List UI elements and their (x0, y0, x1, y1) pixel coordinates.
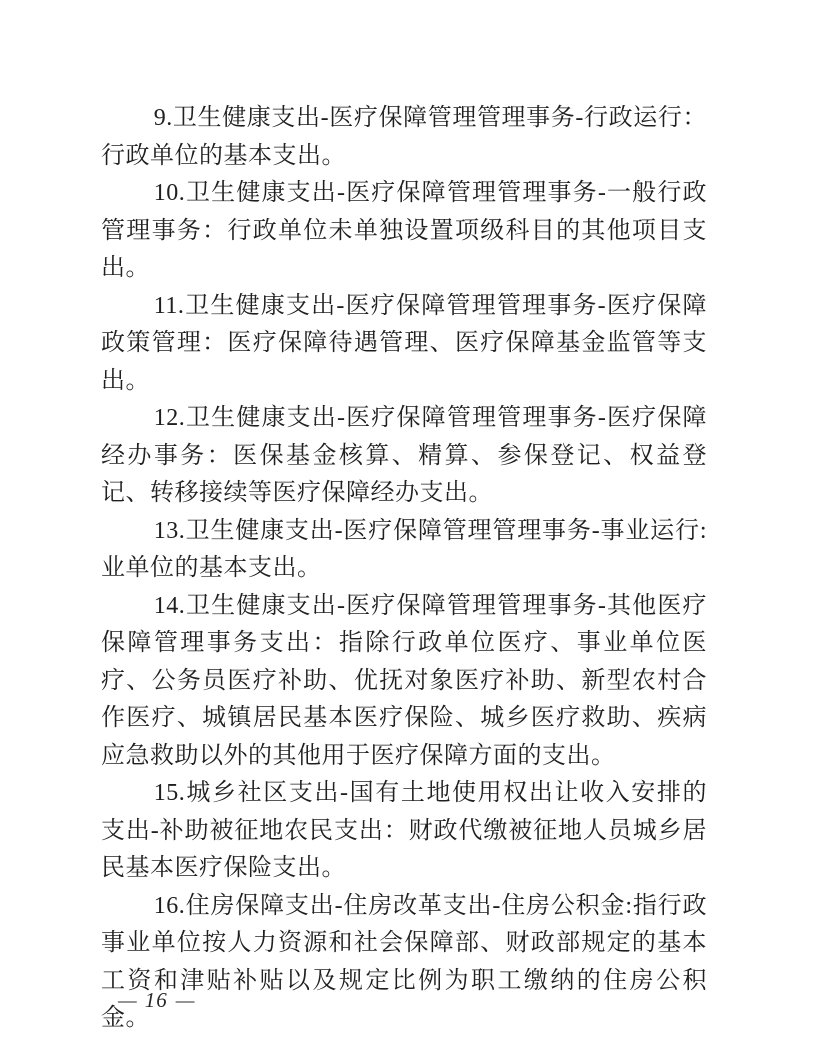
paragraph-item-15: 15.城乡社区支出-国有土地使用权出让收入安排的支出-补助被征地农民支出：财政代… (101, 775, 707, 888)
page-number: 16 (145, 988, 168, 1013)
document-body: 9.卫生健康支出-医疗保障管理管理事务-行政运行：行政单位的基本支出。 10.卫… (101, 100, 707, 1038)
paragraph-item-10: 10.卫生健康支出-医疗保障管理管理事务-一般行政管理事务：行政单位未单独设置项… (101, 175, 707, 288)
paragraph-item-14: 14.卫生健康支出-医疗保障管理管理事务-其他医疗保障管理事务支出：指除行政单位… (101, 588, 707, 776)
page-footer: — 16 — (118, 988, 194, 1013)
document-page: 9.卫生健康支出-医疗保障管理管理事务-行政运行：行政单位的基本支出。 10.卫… (0, 0, 815, 1055)
footer-dash-left: — (118, 988, 137, 1013)
paragraph-item-11: 11.卫生健康支出-医疗保障管理管理事务-医疗保障政策管理：医疗保障待遇管理、医… (101, 288, 707, 401)
paragraph-item-16: 16.住房保障支出-住房改革支出-住房公积金:指行政事业单位按人力资源和社会保障… (101, 888, 707, 1038)
paragraph-item-12: 12.卫生健康支出-医疗保障管理管理事务-医疗保障经办事务：医保基金核算、精算、… (101, 400, 707, 513)
paragraph-item-9: 9.卫生健康支出-医疗保障管理管理事务-行政运行：行政单位的基本支出。 (101, 100, 707, 175)
paragraph-item-13: 13.卫生健康支出-医疗保障管理管理事务-事业运行:业单位的基本支出。 (101, 513, 707, 588)
footer-dash-right: — (176, 988, 195, 1013)
